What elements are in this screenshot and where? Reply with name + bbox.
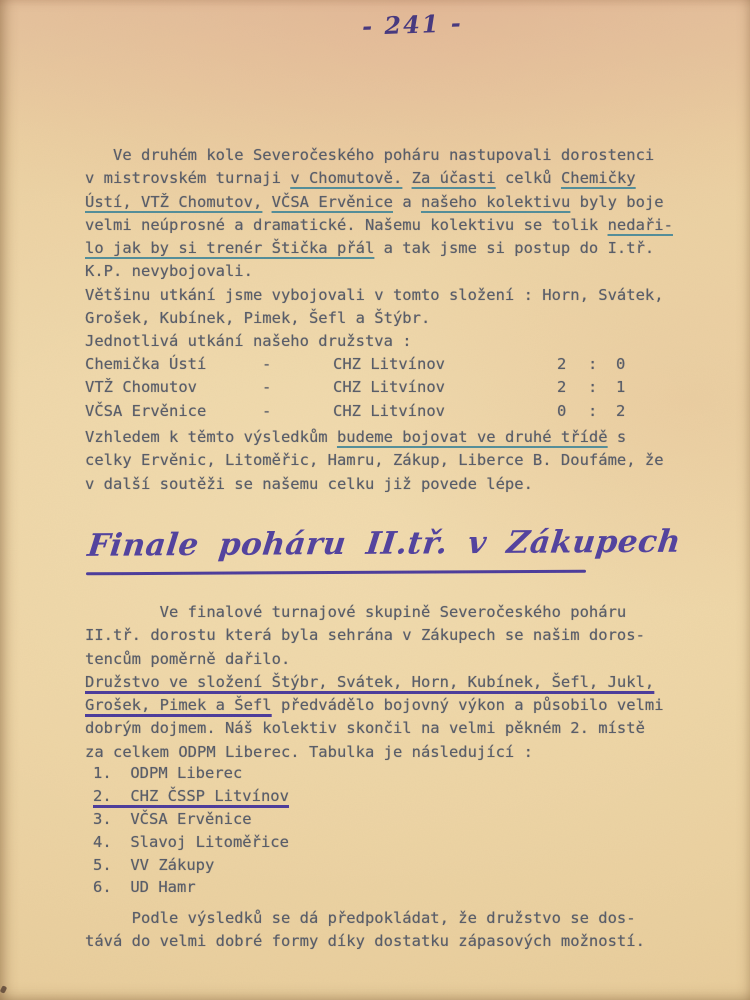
home-score: 0 (557, 400, 566, 423)
home-team: VČSA Ervěnice (85, 400, 206, 423)
handwritten-heading: Finale poháru II.tř. v Zákupech (88, 526, 608, 562)
separator-dash: - (262, 353, 271, 376)
score-colon: : (588, 376, 597, 399)
typed-line: Většinu utkání jsme vybojovali v tomto s… (85, 284, 705, 307)
home-score: 2 (557, 353, 566, 376)
score-colon: : (588, 400, 597, 423)
paragraph-second-class-outlook: Vzhledem k těmto výsledkům budeme bojova… (85, 426, 705, 496)
text-segment: za celkem ODPM Liberec. Tabulka je násle… (85, 743, 533, 761)
standings-item: 6. UD Hamr (85, 876, 705, 899)
scanned-page: - 241 - Ve druhém kole Severočeského poh… (0, 0, 750, 1000)
match-result-row: VČSA Ervěnice-CHZ Litvínov0:2 (85, 400, 705, 423)
text-segment: Ve finalové turnajové skupině Severočesk… (85, 603, 626, 621)
standings-item: 5. VV Zákupy (85, 854, 705, 877)
standings-item: 3. VČSA Ervěnice (85, 808, 705, 831)
match-result-row: VTŽ Chomutov-CHZ Litvínov2:1 (85, 376, 705, 399)
paragraph-finale-zakupy: Ve finalové turnajové skupině Severočesk… (85, 601, 705, 764)
text-segment: Ústí, VTŽ Chomutov, (85, 193, 262, 211)
separator-dash: - (262, 400, 271, 423)
away-team: CHZ Litvínov (333, 376, 445, 399)
text-segment: v mistrovském turnaji (85, 169, 290, 187)
typed-line: celky Ervěnic, Litoměřic, Hamru, Zákup, … (85, 449, 705, 472)
text-segment: Chemičky (561, 169, 636, 187)
heading-underline (86, 570, 586, 576)
text-segment: a (393, 193, 421, 211)
standings-item-text: 5. VV Zákupy (93, 856, 214, 874)
standings-item: 4. Slavoj Litoměřice (85, 831, 705, 854)
paragraph-chomutov-tournament: Ve druhém kole Severočeského poháru nast… (85, 144, 705, 353)
typed-line: v další soutěži se našemu celku již pove… (85, 473, 705, 496)
text-segment: s (608, 428, 627, 446)
home-team: Chemička Ústí (85, 353, 206, 376)
away-team: CHZ Litvínov (333, 400, 445, 423)
home-score: 2 (557, 376, 566, 399)
standings-item-text: 3. VČSA Ervěnice (93, 810, 252, 828)
typed-line: Grošek, Pimek a Šefl předvádělo bojovný … (85, 694, 705, 717)
text-segment: Ve druhém kole Severočeského poháru nast… (85, 146, 654, 164)
typed-line: II.tř. dorostu která byla sehrána v Záku… (85, 624, 705, 647)
text-segment (402, 169, 411, 187)
score-colon: : (588, 353, 597, 376)
text-segment: Podle výsledků se dá předpokládat, že dr… (85, 909, 636, 927)
typed-line: Ve finalové turnajové skupině Severočesk… (85, 601, 705, 624)
paragraph-conclusion: Podle výsledků se dá předpokládat, že dr… (85, 907, 705, 954)
page-number: - 241 - (362, 8, 464, 40)
text-segment: VČSA Ervěnice (272, 193, 393, 211)
standings-item-text: 2. CHZ ČSSP Litvínov (93, 787, 289, 805)
typed-line: tává do velmi dobré formy díky dostatku … (85, 930, 705, 953)
text-segment: velmi neúprosné a dramatické. Našemu kol… (85, 216, 608, 234)
typed-line: K.P. nevybojovali. (85, 260, 705, 283)
text-segment: Grošek, Pimek a Šefl (85, 696, 272, 714)
standings-item: 1. ODPM Liberec (85, 762, 705, 785)
away-team: CHZ Litvínov (333, 353, 445, 376)
typed-line: Družstvo ve složení Štýbr, Svátek, Horn,… (85, 671, 705, 694)
standings-item: 2. CHZ ČSSP Litvínov (85, 785, 705, 808)
text-segment: K.P. nevybojovali. (85, 262, 253, 280)
text-segment: Za účasti (412, 169, 496, 187)
separator-dash: - (262, 376, 271, 399)
typed-line: Jednotlivá utkání našeho družstva : (85, 330, 705, 353)
text-segment: Grošek, Kubínek, Pimek, Šefl a Štýbr. (85, 309, 430, 327)
text-segment: budeme bojovat ve druhé třídě (337, 428, 608, 446)
text-segment: v Chomutově. (290, 169, 402, 187)
standings-item-text: 1. ODPM Liberec (93, 764, 242, 782)
text-segment: Většinu utkání jsme vybojovali v tomto s… (85, 286, 664, 304)
typed-line: za celkem ODPM Liberec. Tabulka je násle… (85, 741, 705, 764)
text-segment: celků (496, 169, 561, 187)
standings-item-text: 6. UD Hamr (93, 878, 196, 896)
typed-line: Grošek, Kubínek, Pimek, Šefl a Štýbr. (85, 307, 705, 330)
away-score: 2 (616, 400, 625, 423)
text-segment: II.tř. dorostu která byla sehrána v Záku… (85, 626, 645, 644)
text-segment: tencům poměrně dařilo. (85, 650, 290, 668)
text-segment: Vzhledem k těmto výsledkům (85, 428, 337, 446)
text-segment: byly boje (570, 193, 663, 211)
ink-speck (0, 985, 7, 993)
text-segment: dobrým dojmem. Náš kolektiv skončil na v… (85, 719, 645, 737)
typed-line: Podle výsledků se dá předpokládat, že dr… (85, 907, 705, 930)
away-score: 0 (616, 353, 625, 376)
typed-line: tencům poměrně dařilo. (85, 648, 705, 671)
standings-item-text: 4. Slavoj Litoměřice (93, 833, 289, 851)
text-segment: předvádělo bojovný výkon a působilo velm… (272, 696, 664, 714)
home-team: VTŽ Chomutov (85, 376, 197, 399)
typed-line: Ve druhém kole Severočeského poháru nast… (85, 144, 705, 167)
text-segment: lo jak by si trenér Štička přál (85, 239, 374, 257)
typed-line: dobrým dojmem. Náš kolektiv skončil na v… (85, 717, 705, 740)
typed-line: Vzhledem k těmto výsledkům budeme bojova… (85, 426, 705, 449)
away-score: 1 (616, 376, 625, 399)
text-segment: nedaři- (608, 216, 673, 234)
text-segment: a tak jsme si postup do I.tř. (374, 239, 654, 257)
standings-list: 1. ODPM Liberec2. CHZ ČSSP Litvínov3. VČ… (85, 762, 705, 899)
text-segment: Družstvo ve složení Štýbr, Svátek, Horn,… (85, 673, 654, 691)
text-segment: našeho kolektivu (421, 193, 570, 211)
typed-line: velmi neúprosné a dramatické. Našemu kol… (85, 214, 705, 237)
typed-line: v mistrovském turnaji v Chomutově. Za úč… (85, 167, 705, 190)
match-result-row: Chemička Ústí-CHZ Litvínov2:0 (85, 353, 705, 376)
text-segment: celky Ervěnic, Litoměřic, Hamru, Zákup, … (85, 451, 664, 469)
text-segment: tává do velmi dobré formy díky dostatku … (85, 932, 645, 950)
text-segment: v další soutěži se našemu celku již pove… (85, 475, 533, 493)
typed-line: Ústí, VTŽ Chomutov, VČSA Ervěnice a naše… (85, 191, 705, 214)
text-segment (262, 193, 271, 211)
typed-line: lo jak by si trenér Štička přál a tak js… (85, 237, 705, 260)
text-segment: Jednotlivá utkání našeho družstva : (85, 332, 412, 350)
match-results-table: Chemička Ústí-CHZ Litvínov2:0VTŽ Chomuto… (85, 353, 705, 423)
heading-text: Finale poháru II.tř. v Zákupech (86, 524, 611, 564)
